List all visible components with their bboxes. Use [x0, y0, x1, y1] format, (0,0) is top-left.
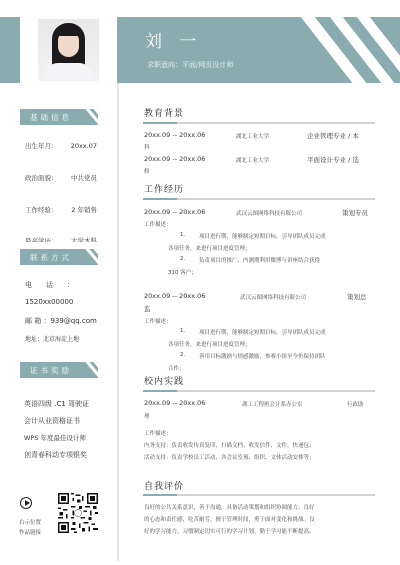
info-label: 最高学历：	[25, 237, 58, 242]
info-experience: 工作经验： 2 年销售	[25, 202, 97, 218]
edu-major: 平面设计专业 / 选	[307, 155, 359, 164]
phone-value[interactable]: 1520xx00000	[25, 298, 73, 306]
info-value: 20xx.07	[71, 138, 97, 154]
edu-school: 湖北工业大学	[236, 156, 269, 164]
campus-desc-line: 活动支持：负责学校员工活动、各会议室预、组织、文体活动安排等；	[144, 453, 315, 461]
section-header-certificates: 证书奖励	[20, 362, 98, 378]
work-company: 武汉云图网络科技有限公司	[240, 293, 306, 301]
campus-period: 20xx.09 -- 20xx.06	[144, 399, 205, 407]
work-item-text: 各项任务，来进行项目进度管理；	[168, 340, 251, 348]
campus-org: 湖工工程班会计系办公室	[242, 400, 303, 408]
photo-bangs	[56, 27, 81, 36]
section-title: 基础信息	[30, 112, 72, 123]
work-item-text: 项目进行期，能够制定短期目标，引导团队成员完成	[199, 328, 326, 336]
info-politics: 政治面貌： 中共党员	[25, 170, 97, 186]
work-item-text: 善用目标激励与情感激励，参赛小组至今仍保持团队	[199, 352, 326, 360]
self-eval-line: 的心态和责任感，吃苦耐劳，擅于管理时间，勇于面对变化和挑战。良	[144, 515, 315, 523]
profile-photo	[38, 19, 99, 81]
work-desc-label: 工作描述：	[144, 220, 172, 228]
info-value: 大学本科	[71, 234, 97, 242]
left-accent-bar	[0, 17, 20, 83]
work-item-num: 2.	[180, 352, 185, 358]
email-value[interactable]: 邮 箱 ：939@qq.com	[25, 316, 97, 326]
work-position: 策划专员	[342, 208, 368, 217]
section-title: 证书奖励	[30, 365, 72, 376]
info-label: 出生年月：	[25, 142, 58, 150]
campus-position: 行政助	[347, 400, 364, 408]
edu-period: 20xx.09 -- 20xx.06	[144, 131, 205, 139]
campus-desc-label: 工作描述：	[144, 429, 172, 437]
edu-major-wrap: 科	[144, 143, 150, 151]
photo-shirt	[44, 63, 93, 81]
info-birth: 出生年月： 20xx.07	[25, 138, 97, 154]
play-icon[interactable]	[20, 497, 32, 509]
edu-school: 湖北工业大学	[236, 132, 269, 140]
edu-major-wrap: 修	[144, 167, 150, 175]
work-item-text: 负责项目的推广，内测期利用微博与讲座结合获得	[199, 256, 320, 264]
work-period: 20xx.09 -- 20xx.06	[144, 292, 205, 300]
job-intent: 求职意向：平面/网页设计师	[147, 60, 233, 70]
section-header-contact: 联系方式	[20, 249, 98, 265]
work-period: 20xx.09 -- 20xx.06	[144, 208, 205, 216]
section-title-self-eval: 自我评价	[144, 479, 184, 492]
section-underline	[143, 494, 375, 496]
portfolio-caption: 作品链接	[19, 528, 41, 536]
work-company: 武汉云图网络科技有限公司	[236, 209, 302, 217]
campus-position-wrap: 理	[144, 412, 150, 420]
work-position: 策划总	[347, 292, 367, 301]
qr-code-icon[interactable]	[58, 493, 98, 533]
work-item-text: 各项任务，来进行项目进度管理；	[168, 244, 251, 252]
section-title: 联系方式	[30, 252, 72, 263]
certificate-item: 创青春科动专项银奖	[24, 450, 87, 460]
edu-major: 企业管理专业 / 本	[307, 131, 359, 140]
portfolio-caption: 右示位置	[19, 518, 41, 526]
self-eval-line: 良好的公共关系意识，善于沟通，具备活动策划和组织协调能力。良好	[144, 503, 315, 511]
certificate-item: 英语四级 .C1 驾驶证	[24, 399, 89, 409]
section-title-campus: 校内实践	[144, 374, 184, 387]
work-item-num: 2.	[180, 256, 185, 262]
phone-label: 电 话 ：	[25, 280, 74, 290]
info-education: 最高学历： 大学本科	[25, 234, 97, 242]
section-underline	[143, 390, 375, 392]
section-underline	[143, 122, 375, 124]
work-item-num: 1.	[180, 232, 185, 238]
certificate-item: 会计从业资格证书	[24, 416, 80, 426]
work-item-text: 项目进行期，能够制定短期目标，引导团队成员完成	[199, 232, 326, 240]
info-value: 2 年销售	[71, 202, 97, 218]
campus-desc-line: 内务支持：负责收发传真复印、扫描文档、收发信件、文件、快递包；	[144, 441, 315, 449]
vertical-divider	[117, 83, 119, 561]
edu-period: 20xx.09 -- 20xx.06	[144, 155, 205, 163]
self-eval-line: 好的学习能力，习惯制定切实可行的学习计划，勤于学习能不断提高。	[144, 527, 315, 535]
work-desc-label: 工作描述：	[144, 317, 172, 325]
section-title-work: 工作经历	[144, 182, 184, 195]
work-position-wrap: 监	[144, 304, 151, 313]
work-item-text: 合作；	[168, 364, 185, 372]
section-underline	[143, 198, 375, 200]
work-item-num: 1.	[180, 328, 185, 334]
work-item-text: 310 客户；	[168, 268, 197, 276]
info-label: 政治面貌：	[25, 174, 58, 182]
basic-info-list: 出生年月： 20xx.07 政治面貌： 中共党员 工作经验： 2 年销售 最高学…	[25, 138, 97, 242]
certificate-item: WPS 年度最佳设计师	[24, 433, 86, 442]
section-header-basic-info: 基础信息	[20, 109, 98, 125]
address-value: 地址：北京海淀上地	[25, 334, 79, 343]
section-title-education: 教育背景	[144, 106, 184, 119]
info-label: 工作经验：	[25, 206, 58, 214]
candidate-name: 刘 一	[145, 27, 202, 52]
info-value: 中共党员	[71, 170, 97, 186]
